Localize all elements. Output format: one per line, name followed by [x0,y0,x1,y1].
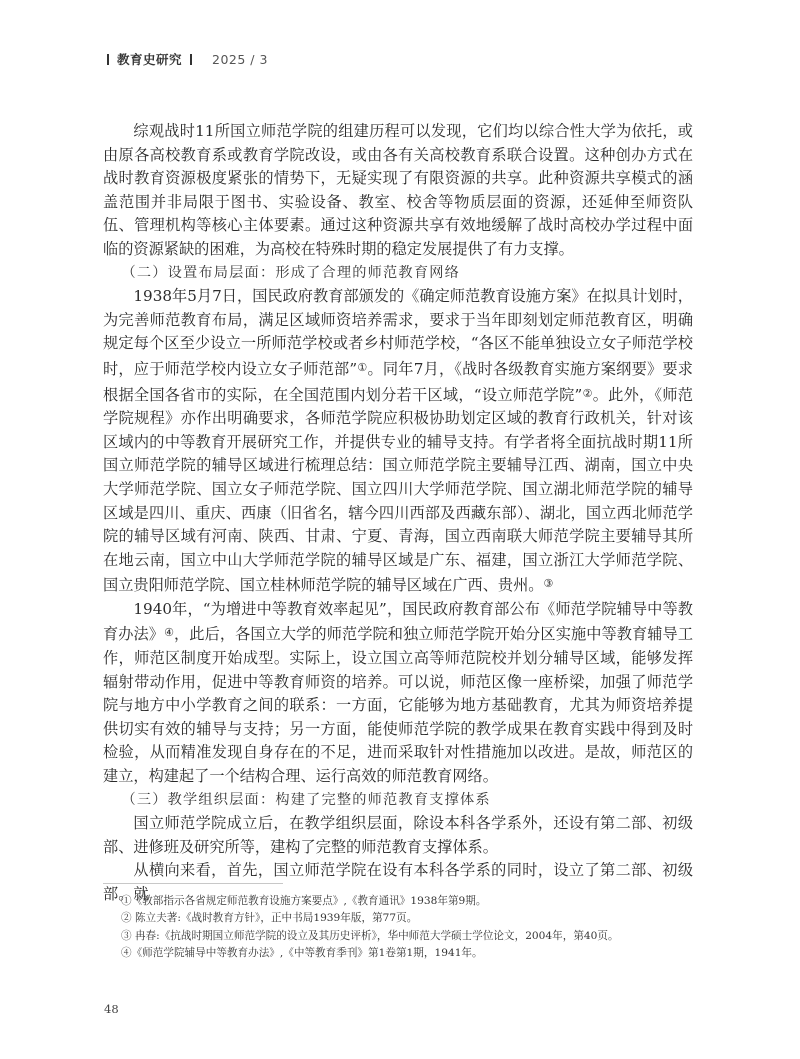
page-number: 48 [104,1002,119,1016]
footnote: ①《教部指示各省规定师范教育设施方案要点》,《教育通讯》1938年第9期。 [121,893,701,910]
section-heading: （二）设置布局层面：形成了合理的师范教育网络 [103,262,693,286]
divider-bar [107,54,109,65]
footnote: ② 陈立夫著:《战时教育方针》，正中书局1939年版，第77页。 [121,910,701,927]
running-head: 教育史研究 2025 / 3 [107,50,268,68]
paragraph: 综观战时11所国立师范学院的组建历程可以发现，它们均以综合性大学为依托，或由原各… [103,120,693,262]
footnotes: ①《教部指示各省规定师范教育设施方案要点》,《教育通讯》1938年第9期。 ② … [121,893,701,963]
footnote-ref[interactable]: ④ [164,626,174,639]
divider-bar [190,54,192,65]
footnote-ref[interactable]: ① [357,361,367,374]
paragraph-text: 。此外，《师范学院规程》亦作出明确要求，各师范学院应积极协助划定区域的教育行政机… [103,386,693,595]
section-heading: （三）教学组织层面：构建了完整的师范教育支撑体系 [103,789,693,813]
paragraph-text: ，此后，各国立大学的师范学院和独立师范学院开始分区实施中等教育辅导工作，师范区制… [103,625,693,785]
issue-number: 2025 / 3 [212,52,268,67]
paragraph: 1938年5月7日，国民政府教育部颁发的《确定师范教育设施方案》在拟具计划时，为… [103,285,693,598]
journal-title: 教育史研究 [117,50,182,68]
footnote-ref[interactable]: ③ [543,577,553,590]
footnote: ③ 冉春:《抗战时期国立师范学院的设立及其历史评析》，华中师范大学硕士学位论文，… [121,928,701,945]
article-body: 综观战时11所国立师范学院的组建历程可以发现，它们均以综合性大学为依托，或由原各… [103,120,693,907]
footnote-divider [103,883,283,884]
footnote-ref[interactable]: ② [582,387,592,400]
paragraph: 1940年，“为增进中等教育效率起见”，国民政府教育部公布《师范学院辅导中等教育… [103,598,693,789]
footnote: ④《师范学院辅导中等教育办法》,《中等教育季刊》第1卷第1期，1941年。 [121,945,701,962]
paragraph: 国立师范学院成立后，在教学组织层面，除设本科各学系外，还设有第二部、初级部、进修… [103,812,693,859]
